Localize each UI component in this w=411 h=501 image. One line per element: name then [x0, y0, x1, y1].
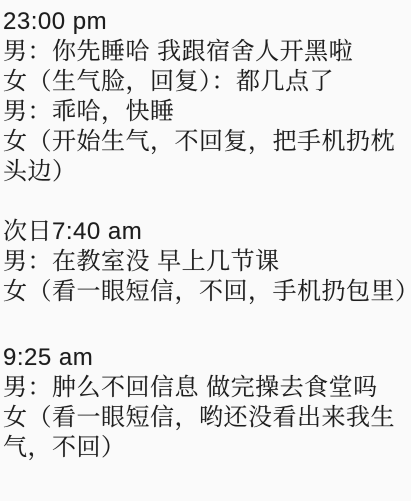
timestamp: 23:00 pm	[3, 7, 411, 37]
dialogue-line: 男：乖哈，快睡	[3, 97, 411, 127]
conversation-section-2: 次日7:40 am 男：在教室没 早上几节课 女（看一眼短信，不回，手机扔包里）	[3, 217, 411, 307]
conversation-section-1: 23:00 pm 男：你先睡哈 我跟宿舍人开黑啦 女（生气脸，回复）：都几点了 …	[3, 7, 411, 187]
dialogue-line: 女（开始生气，不回复，把手机扔枕头边）	[3, 127, 411, 187]
dialogue-line: 男：你先睡哈 我跟宿舍人开黑啦	[3, 37, 411, 67]
dialogue-line: 男：肿么不回信息 做完操去食堂吗	[3, 373, 411, 403]
conversation-section-3: 9:25 am 男：肿么不回信息 做完操去食堂吗 女（看一眼短信，哟还没看出来我…	[3, 343, 411, 463]
dialogue-line: 女（看一眼短信，不回，手机扔包里）	[3, 277, 411, 307]
dialogue-line: 女（看一眼短信，哟还没看出来我生气，不回）	[3, 403, 411, 463]
timestamp: 9:25 am	[3, 343, 411, 373]
dialogue-line: 男：在教室没 早上几节课	[3, 247, 411, 277]
dialogue-line: 女（生气脸，回复）：都几点了	[3, 67, 411, 97]
conversation-page: 23:00 pm 男：你先睡哈 我跟宿舍人开黑啦 女（生气脸，回复）：都几点了 …	[0, 0, 411, 501]
timestamp: 次日7:40 am	[3, 217, 411, 247]
